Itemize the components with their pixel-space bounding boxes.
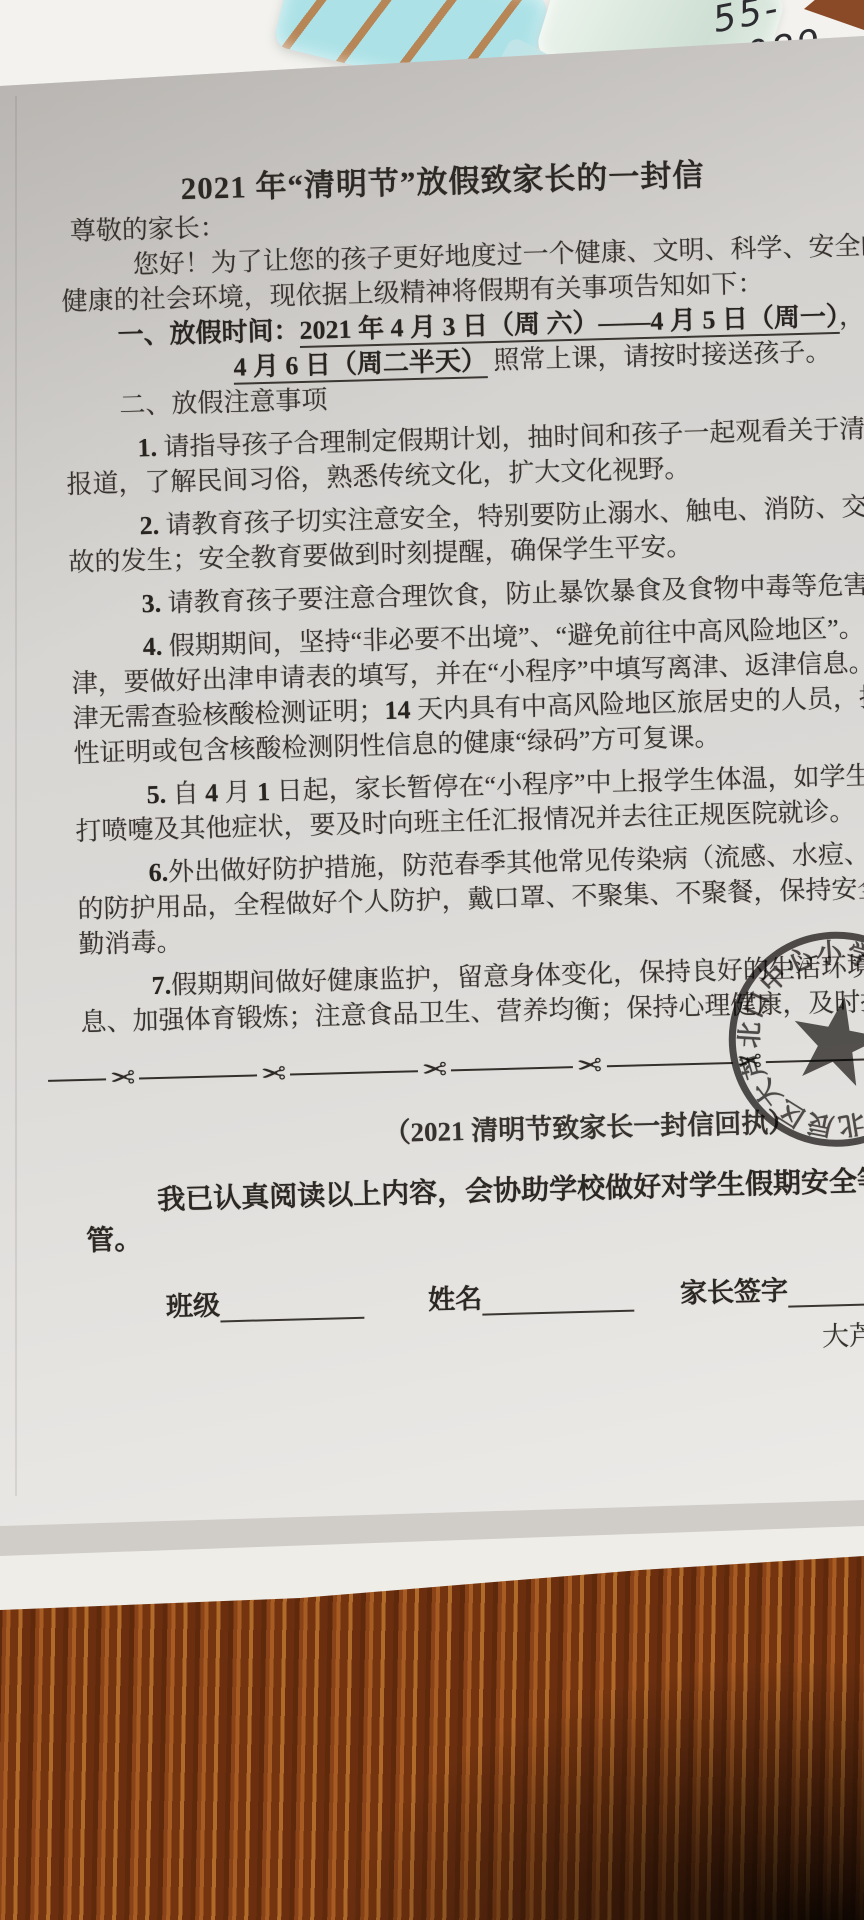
letter-text-segment: 14 bbox=[384, 695, 411, 725]
letter-text-segment: 自 bbox=[172, 779, 205, 809]
letter-text-segment: 6. bbox=[148, 858, 168, 888]
cut-line-dash bbox=[290, 1070, 418, 1075]
cut-line-dash bbox=[451, 1066, 573, 1071]
school-seal-stamp: 天津市北辰区大芦北口中心小学 bbox=[720, 923, 864, 1155]
letter-text-segment: 1 bbox=[257, 777, 271, 806]
letter-text-segment: 5. bbox=[146, 780, 173, 810]
letter-content: 2021 年“清明节”放假致家长的一封信 尊敬的家长：您好！为了让您的孩子更好地… bbox=[0, 0, 864, 1529]
field-blank bbox=[220, 1291, 365, 1323]
letter-text-segment: 照常上课，请按时接送孩子。 bbox=[487, 337, 832, 375]
letter-text-segment: 4 月 6 日（周二半天） bbox=[233, 346, 487, 385]
cut-line-dash bbox=[606, 1062, 732, 1067]
letter-text-segment: 二、放假注意事项 bbox=[119, 385, 328, 419]
letter-text-segment: 1. bbox=[137, 433, 164, 463]
cut-line-dash bbox=[48, 1078, 106, 1082]
cut-line-dash bbox=[139, 1074, 257, 1079]
seal-graphic: 天津市北辰区大芦北口中心小学 bbox=[720, 923, 864, 1155]
letter-text-segment: 月 bbox=[218, 777, 258, 807]
letter-text-segment: 勤消毒。 bbox=[78, 927, 183, 959]
field-blank bbox=[788, 1274, 864, 1307]
scissors-icon: ✂ bbox=[257, 1060, 291, 1091]
letter-text-segment: 7. bbox=[151, 971, 171, 1001]
letter-text-segment: ，共 bbox=[839, 300, 864, 331]
letter-text-segment: 4. bbox=[142, 632, 169, 662]
field-label: 班级 bbox=[165, 1283, 220, 1323]
seal-star-icon bbox=[785, 989, 864, 1089]
scissors-icon: ✂ bbox=[418, 1055, 452, 1086]
letter-text-segment: 3. bbox=[141, 589, 168, 619]
scissors-icon: ✂ bbox=[106, 1064, 140, 1095]
letter-text-segment: 津无需查验核酸检测证明； bbox=[72, 696, 385, 733]
letter-text-segment: 4 bbox=[205, 778, 219, 807]
field-blank bbox=[482, 1284, 635, 1316]
field-label: 姓名 bbox=[428, 1277, 483, 1317]
scissors-icon: ✂ bbox=[573, 1051, 607, 1082]
letter-text-segment: 尊敬的家长： bbox=[69, 213, 226, 246]
photo-of-document: 55-1089 2021 年“清明节”放假致家长的一封信 尊敬的家长：您好！为了… bbox=[0, 0, 864, 1920]
letter-sheet: 2021 年“清明节”放假致家长的一封信 尊敬的家长：您好！为了让您的孩子更好地… bbox=[0, 0, 864, 1528]
letter-text-segment: 2. bbox=[139, 511, 166, 541]
letter-text-segment: 一、放假时间： bbox=[117, 316, 300, 350]
field-label: 家长签字 bbox=[679, 1269, 788, 1311]
letter-body: 尊敬的家长：您好！为了让您的孩子更好地度过一个健康、文明、科学、安全的假期，营造… bbox=[59, 191, 864, 1040]
